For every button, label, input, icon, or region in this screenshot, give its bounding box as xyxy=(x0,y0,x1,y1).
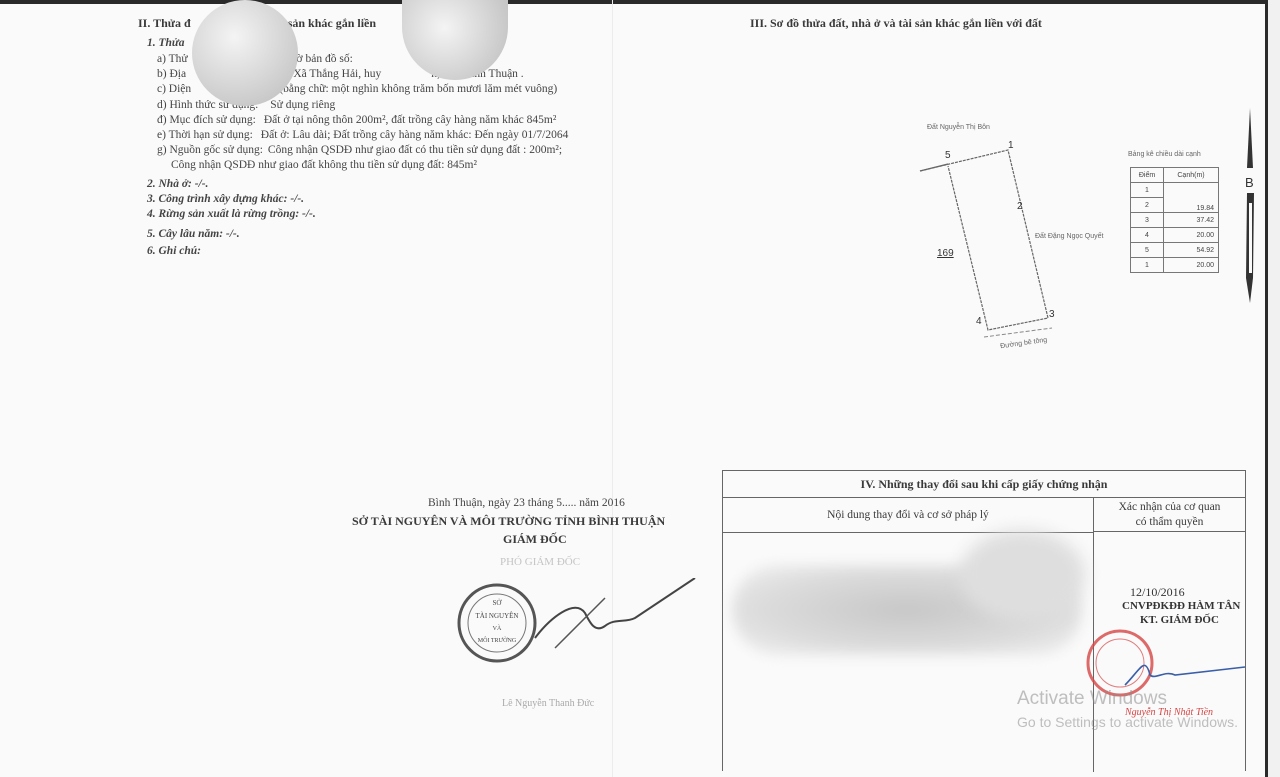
point-4: 4 xyxy=(976,316,982,327)
line-e: e) Thời hạn sử dụng:Đất ở: Lâu dài; Đất … xyxy=(157,129,568,141)
edge-length-table: ĐiểmCạnh(m) 119.84 2 337.42 420.00 554.9… xyxy=(1130,167,1219,273)
col-confirm-header: Xác nhận của cơ quan có thẩm quyền xyxy=(1094,498,1245,532)
parcel-number: 169 xyxy=(937,248,954,259)
point-5: 5 xyxy=(945,150,951,161)
item-other-construction: 3. Công trình xây dựng khác: -/-. xyxy=(147,193,304,205)
point-1: 1 xyxy=(1008,140,1014,151)
changes-table-title: IV. Những thay đổi sau khi cấp giấy chứn… xyxy=(723,471,1245,498)
signer-name: Lê Nguyễn Thanh Đức xyxy=(502,698,594,709)
item-notes: 6. Ghi chú: xyxy=(147,245,201,257)
top-border xyxy=(0,0,1280,4)
svg-text:VÀ: VÀ xyxy=(493,624,502,632)
confirm-org: CNVPĐKĐĐ HÀM TÂN xyxy=(1122,600,1240,612)
line-dd: đ) Mục đích sử dụng:Đất ở tại nông thôn … xyxy=(157,114,556,126)
neighbor-top-label: Đất Nguyễn Thị Bôn xyxy=(927,124,990,131)
neighbor-right-label: Đất Đặng Ngọc Quyết xyxy=(1035,233,1103,240)
line-g2: Công nhận QSDĐ như giao đất không thu ti… xyxy=(171,159,477,171)
sign-role: GIÁM ĐỐC xyxy=(503,532,567,547)
windows-activation-hint: Go to Settings to activate Windows. xyxy=(1017,714,1238,730)
parcel-diagram xyxy=(900,110,1080,370)
line-g: g) Nguồn gốc sử dụng:Công nhận QSDĐ như … xyxy=(157,144,562,156)
point-3: 3 xyxy=(1049,309,1055,320)
north-label: B xyxy=(1245,175,1254,190)
edge-table-caption: Bảng kê chiều dài cạnh xyxy=(1128,151,1201,158)
sign-org: SỞ TÀI NGUYÊN VÀ MÔI TRƯỜNG TỈNH BÌNH TH… xyxy=(352,514,665,529)
redaction-blur xyxy=(960,530,1085,620)
north-arrow-icon xyxy=(1238,108,1262,308)
section2-item1-title: 1. Thửa xyxy=(147,37,185,49)
item-house: 2. Nhà ở: -/-. xyxy=(147,178,208,190)
item-forest: 4. Rừng sản xuất là rừng trồng: -/-. xyxy=(147,208,316,220)
right-edge-bar xyxy=(1265,0,1280,777)
col-content-header: Nội dung thay đổi và cơ sở pháp lý xyxy=(723,498,1094,533)
svg-text:SỞ: SỞ xyxy=(493,599,503,607)
confirm-date: 12/10/2016 xyxy=(1130,585,1185,600)
section3-title: III. Sơ đồ thửa đất, nhà ở và tài sản kh… xyxy=(750,16,1042,31)
point-2: 2 xyxy=(1017,201,1023,212)
sign-subrole: PHÓ GIÁM ĐỐC xyxy=(500,556,580,568)
item-perennial: 5. Cây lâu năm: -/-. xyxy=(147,228,240,240)
redaction-blur xyxy=(192,0,298,106)
official-stamp-and-signature: SỞ TÀI NGUYÊN VÀ MÔI TRƯỜNG xyxy=(455,578,700,688)
windows-activation-watermark: Activate Windows xyxy=(1017,688,1167,710)
svg-text:MÔI TRƯỜNG: MÔI TRƯỜNG xyxy=(478,636,517,644)
svg-text:TÀI NGUYÊN: TÀI NGUYÊN xyxy=(476,612,519,620)
sign-date: Bình Thuận, ngày 23 tháng 5..... năm 201… xyxy=(428,497,625,509)
